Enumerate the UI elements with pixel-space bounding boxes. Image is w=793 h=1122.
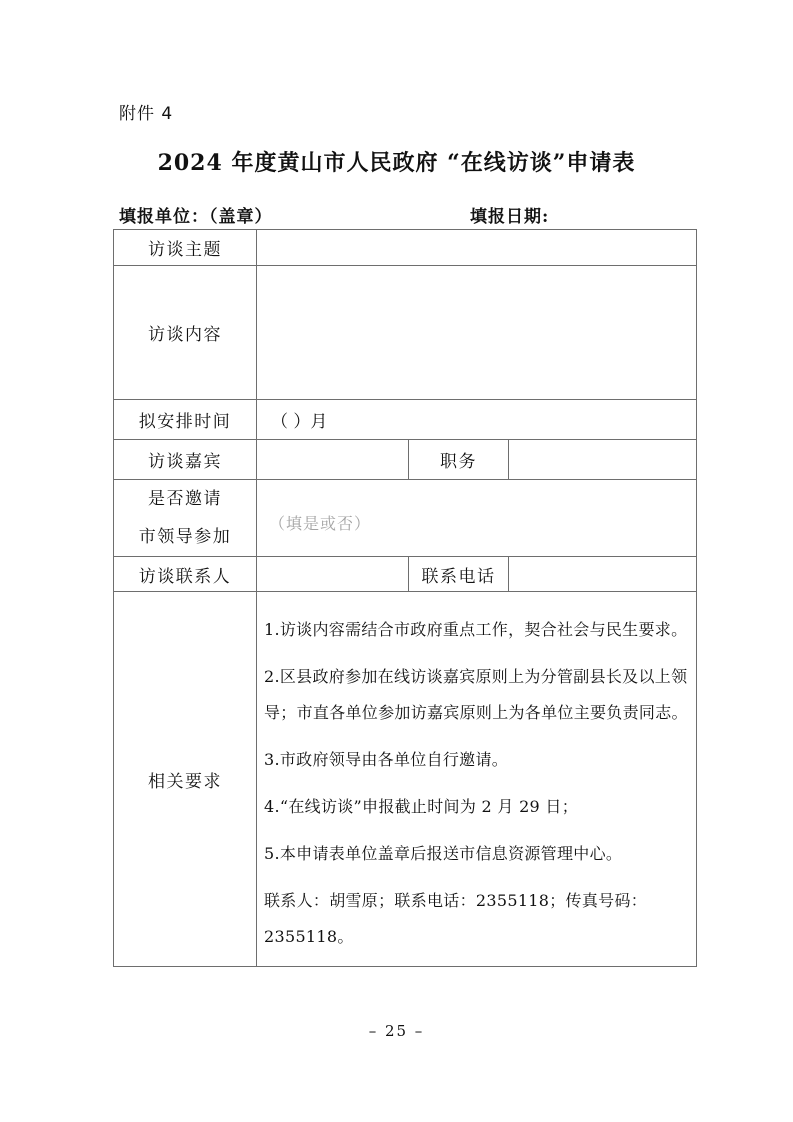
requirement-item-2: 2.区县政府参加在线访谈嘉宾原则上为分管副县长及以上领导；市直各单位参加访嘉宾原… xyxy=(264,659,692,731)
guest-input-cell xyxy=(257,440,409,480)
topic-input-cell xyxy=(257,230,697,266)
content-label: 访谈内容 xyxy=(114,266,257,400)
row-requirements: 相关要求 1.访谈内容需结合市政府重点工作，契合社会与民生要求。 2.区县政府参… xyxy=(114,592,697,967)
document-page: { "page": { "attachment": "附件 4", "title… xyxy=(0,0,793,1122)
invite-leader-label: 是否邀请 市领导参加 xyxy=(114,480,257,557)
application-form-table: 访谈主题 访谈内容 拟安排时间 （ ）月 访谈嘉宾 职务 是否邀请 市领导参加 … xyxy=(113,229,697,967)
phone-label: 联系电话 xyxy=(409,557,509,592)
form-meta-row: 填报单位：（盖章） 填报日期: xyxy=(0,202,793,226)
requirement-item-1: 1.访谈内容需结合市政府重点工作，契合社会与民生要求。 xyxy=(264,612,692,648)
invite-leader-input-cell: （填是或否） xyxy=(257,480,697,557)
contact-input-cell xyxy=(257,557,409,592)
reporting-date-label: 填报日期: xyxy=(470,202,549,227)
guest-label: 访谈嘉宾 xyxy=(114,440,257,480)
invite-leader-label-line2: 市领导参加 xyxy=(114,518,256,556)
row-invite-leader: 是否邀请 市领导参加 （填是或否） xyxy=(114,480,697,557)
requirement-contact-line: 联系人：胡雪原；联系电话：2355118；传真号码：2355118。 xyxy=(264,883,692,955)
position-label: 职务 xyxy=(409,440,509,480)
requirement-item-5: 5.本申请表单位盖章后报送市信息资源管理中心。 xyxy=(264,836,692,872)
time-value-cell: （ ）月 xyxy=(257,400,697,440)
requirements-content-cell: 1.访谈内容需结合市政府重点工作，契合社会与民生要求。 2.区县政府参加在线访谈… xyxy=(257,592,697,967)
invite-leader-label-line1: 是否邀请 xyxy=(114,480,256,518)
page-number: – 25 – xyxy=(0,1022,793,1040)
page-title: 2024 年度黄山市人民政府 “在线访谈”申请表 xyxy=(0,146,793,177)
position-input-cell xyxy=(509,440,697,480)
row-content: 访谈内容 xyxy=(114,266,697,400)
time-label: 拟安排时间 xyxy=(114,400,257,440)
topic-label: 访谈主题 xyxy=(114,230,257,266)
invite-leader-placeholder: （填是或否） xyxy=(269,514,371,533)
attachment-label: 附件 4 xyxy=(119,99,173,124)
row-time: 拟安排时间 （ ）月 xyxy=(114,400,697,440)
requirement-item-3: 3.市政府领导由各单位自行邀请。 xyxy=(264,742,692,778)
row-topic: 访谈主题 xyxy=(114,230,697,266)
requirement-item-4: 4.“在线访谈”申报截止时间为 2 月 29 日； xyxy=(264,789,692,825)
requirements-label: 相关要求 xyxy=(114,592,257,967)
reporting-unit-label: 填报单位：（盖章） xyxy=(119,202,273,227)
phone-input-cell xyxy=(509,557,697,592)
row-contact: 访谈联系人 联系电话 xyxy=(114,557,697,592)
contact-label: 访谈联系人 xyxy=(114,557,257,592)
row-guest: 访谈嘉宾 职务 xyxy=(114,440,697,480)
content-input-cell xyxy=(257,266,697,400)
